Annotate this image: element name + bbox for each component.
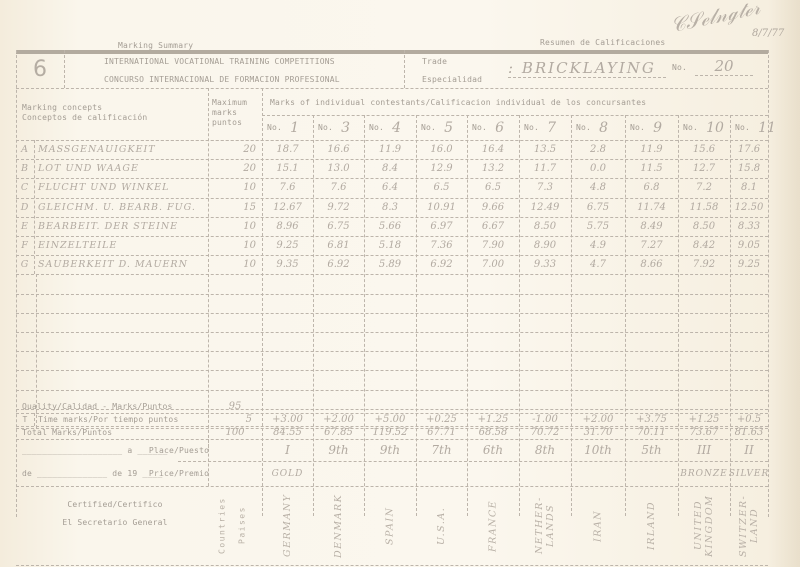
contestant-number: 4	[392, 120, 401, 136]
prize-value	[571, 461, 625, 486]
trade-label-es: Especialidad	[422, 75, 482, 84]
grid-line	[16, 565, 768, 566]
place-value: 8th	[519, 439, 571, 461]
divider	[404, 50, 405, 88]
country-name: IRLAND	[625, 490, 678, 561]
divider	[16, 50, 768, 54]
contestant-no-label: No.	[267, 123, 282, 132]
contestant-header: No.11	[730, 116, 768, 139]
contestant-header: No.9	[625, 116, 678, 139]
grid-line	[16, 351, 768, 352]
divider	[16, 88, 768, 89]
place-label: Place/Puesto	[150, 439, 208, 461]
mark-value: 15.6	[678, 140, 730, 159]
mark-value: 7.6	[313, 178, 364, 197]
contestant-number: 1	[290, 120, 299, 136]
mark-value: 11.7	[519, 159, 571, 178]
mark-value: 5.18	[364, 236, 416, 255]
mark-value: 9.05	[730, 236, 768, 255]
prize-value	[364, 461, 416, 486]
contestant-no-label: No.	[472, 123, 487, 132]
total-mark: 67.71	[416, 426, 467, 439]
mark-value: 8.42	[678, 236, 730, 255]
time-max: 5	[208, 413, 262, 426]
mark-value: 8.90	[519, 236, 571, 255]
contestant-header: No.5	[416, 116, 467, 139]
divider	[16, 50, 17, 517]
max-marks: 10	[208, 178, 256, 197]
mark-value: 11.74	[625, 198, 678, 217]
grid-line	[16, 390, 768, 391]
mark-value: 15.1	[262, 159, 313, 178]
max-marks: 20	[208, 159, 256, 178]
mark-value: 4.8	[571, 178, 625, 197]
country-name: DENMARK	[313, 490, 364, 561]
total-mark: 67.85	[313, 426, 364, 439]
prize-value	[416, 461, 467, 486]
countries-label: Paises	[234, 490, 250, 561]
mark-value: 17.6	[730, 140, 768, 159]
mark-value: 0.0	[571, 159, 625, 178]
time-mark: +3.00	[262, 413, 313, 426]
max-header-line: puntos	[212, 118, 247, 128]
mark-value: 4.9	[571, 236, 625, 255]
contestant-header: No.1	[262, 116, 313, 139]
competition-title-es: CONCURSO INTERNACIONAL DE FORMACION PROF…	[104, 75, 340, 84]
quality-max: 95	[208, 400, 262, 413]
marking-concept: SAUBERKEIT D. MAUERN	[38, 255, 206, 274]
quality-label: Quality/Calidad - Marks/Puntos	[22, 400, 208, 413]
total-label: Total Marks/Puntos	[22, 426, 208, 439]
total-mark: 70.72	[519, 426, 571, 439]
trade-label: Trade	[422, 57, 447, 66]
mark-value: 8.3	[364, 198, 416, 217]
time-prefix: T	[16, 413, 34, 426]
mark-value: 8.1	[730, 178, 768, 197]
mark-value: 10.91	[416, 198, 467, 217]
total-mark: 84.55	[262, 426, 313, 439]
contestant-no-label: No.	[524, 123, 539, 132]
prize-value	[519, 461, 571, 486]
contestants-header: Marks of individual contestants/Califica…	[270, 98, 646, 107]
country-name: NETHER-LANDS	[519, 490, 571, 561]
mark-value: 11.58	[678, 198, 730, 217]
mark-value: 11.9	[364, 140, 416, 159]
country-name: SPAIN	[364, 490, 416, 561]
row-letter: F	[16, 236, 34, 255]
mark-value: 8.66	[625, 255, 678, 274]
place-value: 5th	[625, 439, 678, 461]
place-value: 6th	[467, 439, 519, 461]
prize-value	[313, 461, 364, 486]
mark-value: 9.25	[262, 236, 313, 255]
contestant-header: No.4	[364, 116, 416, 139]
mark-value: 6.8	[625, 178, 678, 197]
mark-value: 6.92	[416, 255, 467, 274]
mark-value: 12.7	[678, 159, 730, 178]
marking-concept: GLEICHM. U. BEARB. FUG.	[38, 198, 206, 217]
contestant-number: 3	[341, 120, 350, 136]
place-value: 10th	[571, 439, 625, 461]
mark-value: 12.49	[519, 198, 571, 217]
mark-value: 11.9	[625, 140, 678, 159]
countries-label: Countries	[214, 490, 230, 561]
date-line: de ______________ de 19 ____	[22, 461, 150, 486]
time-mark: +2.00	[313, 413, 364, 426]
mark-value: 9.35	[262, 255, 313, 274]
mark-value: 11.5	[625, 159, 678, 178]
mark-value: 13.5	[519, 140, 571, 159]
contestant-number: 8	[599, 120, 608, 136]
grid-line	[16, 294, 768, 295]
grid-line	[16, 332, 768, 333]
time-mark: +1.25	[467, 413, 519, 426]
max-header-line: Maximum	[212, 98, 247, 108]
form-number: 6	[16, 50, 64, 88]
certified-label: Certified/Certifico	[22, 498, 208, 510]
contestant-no-label: No.	[735, 123, 750, 132]
row-letter: D	[16, 198, 34, 217]
prize-value	[625, 461, 678, 486]
mark-value: 9.72	[313, 198, 364, 217]
mark-value: 7.3	[519, 178, 571, 197]
row-letter: G	[16, 255, 34, 274]
prize-value: GOLD	[262, 461, 313, 486]
country-name: IRAN	[571, 490, 625, 561]
trade-value: : BRICKLAYING	[508, 59, 666, 78]
mark-value: 4.7	[571, 255, 625, 274]
grid-line	[34, 140, 35, 274]
title-resumen: Resumen de Calificaciones	[540, 38, 665, 47]
title-marking-summary: Marking Summary	[118, 41, 193, 50]
time-label: Time marks/Por tiempo puntos	[38, 413, 208, 426]
max-marks: 10	[208, 236, 256, 255]
max-header-line: marks	[212, 108, 247, 118]
mark-value: 6.81	[313, 236, 364, 255]
contestant-header: No.7	[519, 116, 571, 139]
mark-value: 8.4	[364, 159, 416, 178]
place-line: ____________________ a ______	[22, 439, 150, 461]
prize-label: Price/Premio	[150, 461, 208, 486]
country-name: GERMANY	[262, 490, 313, 561]
marking-concept: EINZELTEILE	[38, 236, 206, 255]
max-marks: 10	[208, 255, 256, 274]
mark-value: 8.33	[730, 217, 768, 236]
trade-number: 20	[695, 57, 753, 76]
mark-value: 7.36	[416, 236, 467, 255]
contestant-header: No.6	[467, 116, 519, 139]
mark-value: 9.25	[730, 255, 768, 274]
grid-line	[16, 486, 768, 487]
mark-value: 7.90	[467, 236, 519, 255]
mark-value: 5.66	[364, 217, 416, 236]
mark-value: 16.4	[467, 140, 519, 159]
contestant-number: 10	[706, 120, 724, 136]
mark-value: 8.50	[519, 217, 571, 236]
mark-value: 16.6	[313, 140, 364, 159]
mark-value: 7.2	[678, 178, 730, 197]
mark-value: 7.00	[467, 255, 519, 274]
concepts-header-en: Marking concepts	[22, 103, 102, 112]
mark-value: 6.75	[313, 217, 364, 236]
contestant-no-label: No.	[683, 123, 698, 132]
mark-value: 9.66	[467, 198, 519, 217]
grid-line	[16, 313, 768, 314]
row-letter: C	[16, 178, 34, 197]
country-name: U.S.A.	[416, 490, 467, 561]
mark-value: 5.75	[571, 217, 625, 236]
max-marks: 10	[208, 217, 256, 236]
marking-concept: MASSGENAUIGKEIT	[38, 140, 206, 159]
place-value: I	[262, 439, 313, 461]
time-mark: +5.00	[364, 413, 416, 426]
total-mark: 119.52	[364, 426, 416, 439]
mark-value: 9.33	[519, 255, 571, 274]
grid-line	[34, 413, 35, 426]
total-mark: 68.58	[467, 426, 519, 439]
place-value: 9th	[364, 439, 416, 461]
time-mark: +3.75	[625, 413, 678, 426]
row-letter: A	[16, 140, 34, 159]
contestant-no-label: No.	[421, 123, 436, 132]
row-letter: E	[16, 217, 34, 236]
no-label: No.	[672, 63, 687, 72]
total-mark: 70.11	[625, 426, 678, 439]
mark-value: 7.6	[262, 178, 313, 197]
mark-value: 12.50	[730, 198, 768, 217]
total-mark: 73.67	[678, 426, 730, 439]
place-value: 7th	[416, 439, 467, 461]
time-mark: +0.25	[416, 413, 467, 426]
mark-value: 12.9	[416, 159, 467, 178]
mark-value: 7.27	[625, 236, 678, 255]
mark-value: 6.75	[571, 198, 625, 217]
max-marks: 20	[208, 140, 256, 159]
contestant-number: 6	[495, 120, 504, 136]
mark-value: 18.7	[262, 140, 313, 159]
contestant-header: No.3	[313, 116, 364, 139]
country-name: FRANCE	[467, 490, 519, 561]
place-value: II	[730, 439, 768, 461]
total-max: 100	[208, 426, 262, 439]
contestant-no-label: No.	[369, 123, 384, 132]
contestant-number: 11	[758, 120, 776, 136]
mark-value: 8.96	[262, 217, 313, 236]
mark-value: 15.8	[730, 159, 768, 178]
mark-value: 8.49	[625, 217, 678, 236]
mark-value: 6.4	[364, 178, 416, 197]
marking-concept: LOT UND WAAGE	[38, 159, 206, 178]
competition-title-en: INTERNATIONAL VOCATIONAL TRAINING COMPET…	[104, 57, 335, 66]
country-name: UNITED KINGDOM	[678, 490, 730, 561]
grid-line	[16, 274, 768, 275]
mark-value: 6.67	[467, 217, 519, 236]
mark-value: 13.0	[313, 159, 364, 178]
place-value: III	[678, 439, 730, 461]
signature-date: 8/7/77	[752, 28, 784, 39]
mark-value: 5.89	[364, 255, 416, 274]
mark-value: 6.5	[416, 178, 467, 197]
prize-value: BRONZE	[678, 461, 730, 486]
time-mark: +1.25	[678, 413, 730, 426]
mark-value: 6.92	[313, 255, 364, 274]
contestant-number: 5	[444, 120, 453, 136]
mark-value: 2.8	[571, 140, 625, 159]
contestant-header: No.8	[571, 116, 625, 139]
mark-value: 13.2	[467, 159, 519, 178]
concepts-header-es: Conceptos de calificación	[22, 113, 147, 122]
secretary-label: El Secretario General	[22, 516, 208, 528]
row-letter: B	[16, 159, 34, 178]
contestant-number: 7	[547, 120, 556, 136]
total-mark: 31.70	[571, 426, 625, 439]
prize-value	[467, 461, 519, 486]
contestant-no-label: No.	[630, 123, 645, 132]
mark-value: 8.50	[678, 217, 730, 236]
mark-value: 6.97	[416, 217, 467, 236]
country-name: SWITZER-LAND	[730, 490, 768, 561]
time-mark: -1.00	[519, 413, 571, 426]
contestant-no-label: No.	[576, 123, 591, 132]
divider	[64, 50, 65, 88]
max-marks-header: Maximum marks puntos	[212, 98, 247, 128]
mark-value: 7.92	[678, 255, 730, 274]
total-mark: 81.63	[730, 426, 768, 439]
contestant-number: 9	[653, 120, 662, 136]
prize-value: SILVER	[730, 461, 768, 486]
mark-value: 12.67	[262, 198, 313, 217]
time-mark: +0.5	[730, 413, 768, 426]
contestant-no-label: No.	[318, 123, 333, 132]
contestant-header: No.10	[678, 116, 730, 139]
marking-concept: FLUCHT UND WINKEL	[38, 178, 206, 197]
marking-concept: BEARBEIT. DER STEINE	[38, 217, 206, 236]
mark-value: 16.0	[416, 140, 467, 159]
place-value: 9th	[313, 439, 364, 461]
time-mark: +2.00	[571, 413, 625, 426]
max-marks: 15	[208, 198, 256, 217]
grid-line	[16, 370, 768, 371]
mark-value: 6.5	[467, 178, 519, 197]
